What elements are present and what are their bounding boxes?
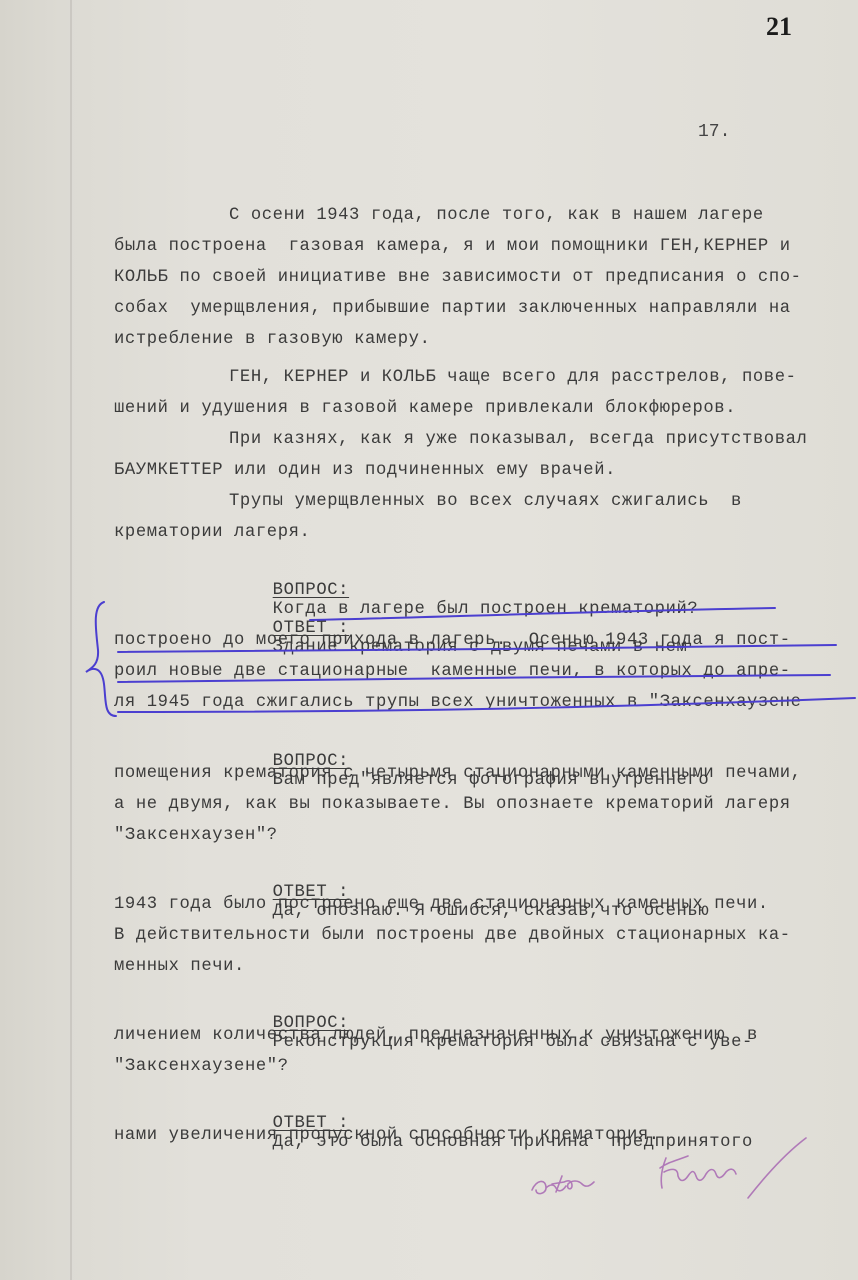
document-page: 21 17. С осени 1943 года, после того, ка…: [0, 0, 858, 1280]
question-text: "Заксенхаузен"?: [114, 826, 278, 845]
text-line: шений и удушения в газовой камере привле…: [114, 399, 736, 418]
question-text: помещения крематория с четырьмя стациона…: [114, 764, 802, 783]
answer-text: В действительности были построены две дв…: [114, 926, 791, 945]
answer-text: построено до моего прихода в лагерь. Осе…: [114, 631, 791, 650]
text-line: собах умерщвления, прибывшие партии закл…: [114, 299, 791, 318]
answer-text: роил новые две стационарные каменные печ…: [114, 662, 791, 681]
text-line: С осени 1943 года, после того, как в наш…: [229, 206, 764, 225]
text-line: ГЕН, КЕРНЕР и КОЛЬБ чаще всего для расст…: [229, 368, 797, 387]
answer-text: ля 1945 года сжигались трупы всех уничто…: [114, 693, 802, 712]
answer-text: менных печи.: [114, 957, 245, 976]
text-line: была построена газовая камера, я и мои п…: [114, 237, 791, 256]
question-label: ВОПРОС:: [273, 581, 349, 600]
text-line: истребление в газовую камеру.: [114, 330, 431, 349]
question-text: а не двумя, как вы показываете. Вы опозн…: [114, 795, 791, 814]
answer-text: нами увеличения пропускной способности к…: [114, 1126, 660, 1145]
margin-bracket-icon: [86, 602, 116, 716]
page-number: 17.: [698, 122, 730, 142]
question-text: личением количества людей, предназначенн…: [114, 1026, 758, 1045]
question-text: "Заксенхаузене"?: [114, 1057, 289, 1076]
text-line: крематории лагеря.: [114, 523, 310, 542]
page-fold-shadow: [70, 0, 72, 1280]
text-line: БАУМКЕТТЕР или один из подчиненных ему в…: [114, 461, 616, 480]
answer-text: 1943 года было построено еще две стацион…: [114, 895, 769, 914]
archive-page-number: 21: [766, 12, 792, 42]
text-line: КОЛЬБ по своей инициативе вне зависимост…: [114, 268, 802, 287]
text-line: Трупы умерщвленных во всех случаях сжига…: [229, 492, 742, 511]
text-line: При казнях, как я уже показывал, всегда …: [229, 430, 807, 449]
